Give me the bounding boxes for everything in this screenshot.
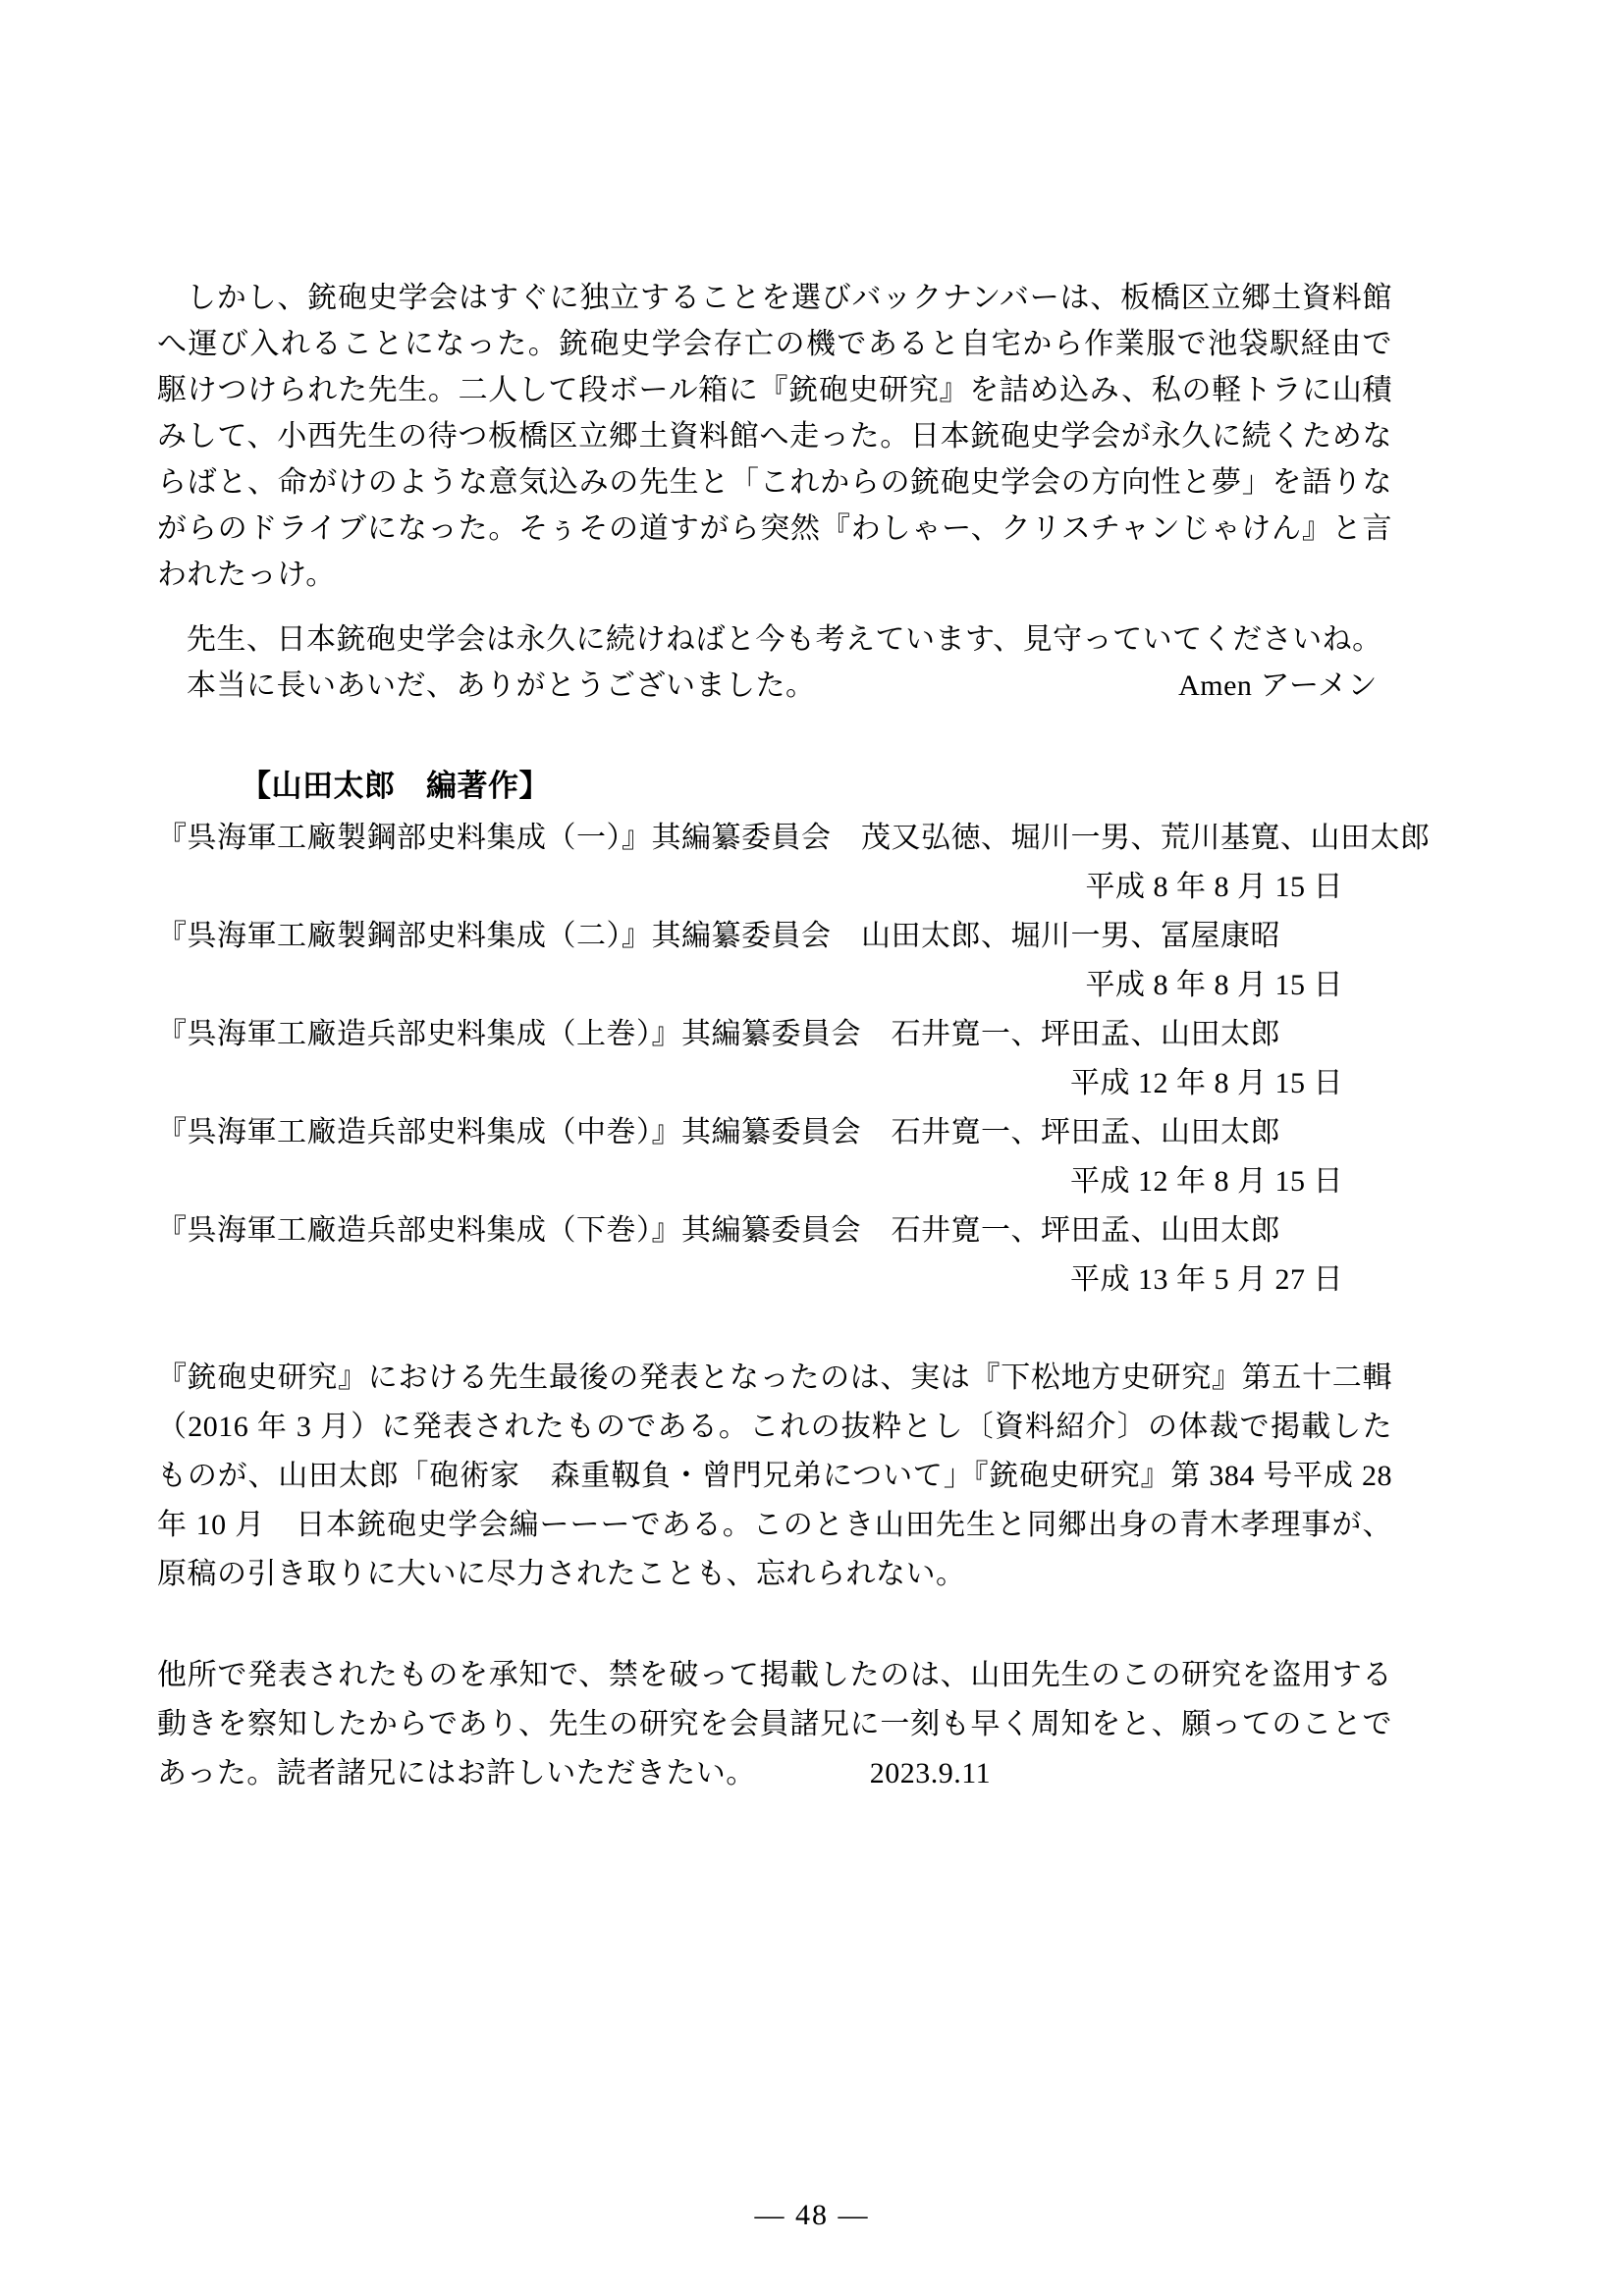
paragraph-line: がらのドライブになった。そぅその道すがら突然『わしゃー、クリスチャンじゃけん』と… — [157, 506, 1392, 552]
paragraph-line: 年 10 月 日本銃砲史学会編ーーーである。このとき山田先生と同郷出身の青木孝理… — [157, 1501, 1392, 1550]
paragraph-line: らばと、命がけのような意気込みの先生と「これからの銃砲史学会の方向性と夢」を語り… — [157, 459, 1392, 506]
paragraph-line: 先生、日本銃砲史学会は永久に続けねばと今も考えています、見守っていてくださいね。 — [157, 616, 1392, 663]
written-date: 2023.9.11 — [870, 1757, 991, 1789]
paragraph-line: みして、小西先生の待つ板橋区立郷土資料館へ走った。日本銃砲史学会が永久に続くため… — [157, 413, 1392, 459]
paragraph-line: 原稿の引き取りに大いに尽力されたことも、忘れられない。 — [157, 1550, 1392, 1599]
closing-text: あった。読者諸兄にはお許しいただきたい。 — [157, 1757, 756, 1789]
work-date-line: 平成 8 年 8 月 15 日 — [157, 961, 1392, 1010]
paragraph-line: しかし、銃砲史学会はすぐに独立することを選びバックナンバーは、板橋区立郷土資料館 — [157, 275, 1392, 321]
paragraph-line: あった。読者諸兄にはお許しいただきたい。 2023.9.11 — [157, 1749, 1392, 1798]
work-title-line: 『呉海軍工廠造兵部史料集成（上巻）』其編纂委員会 石井寛一、坪田孟、山田太郎 — [157, 1010, 1392, 1059]
paragraph-1: しかし、銃砲史学会はすぐに独立することを選びバックナンバーは、板橋区立郷土資料館… — [157, 275, 1392, 598]
work-title-line: 『呉海軍工廠造兵部史料集成（下巻）』其編纂委員会 石井寛一、坪田孟、山田太郎 — [157, 1206, 1392, 1255]
paragraph-3: 『銃砲史研究』における先生最後の発表となったのは、実は『下松地方史研究』第五十二… — [157, 1354, 1392, 1599]
paragraph-line: 他所で発表されたものを承知で、禁を破って掲載したのは、山田先生のこの研究を盗用す… — [157, 1651, 1392, 1700]
paragraph-line: （2016 年 3 月）に発表されたものである。これの抜粋とし〔資料紹介〕の体裁… — [157, 1403, 1392, 1452]
paragraph-line: 本当に長いあいだ、ありがとうございました。 Amen アーメン — [157, 663, 1392, 709]
thanks-text: 本当に長いあいだ、ありがとうございました。 — [157, 663, 816, 709]
work-date-line: 平成 12 年 8 月 15 日 — [157, 1059, 1392, 1108]
paragraph-line: われたっけ。 — [157, 552, 1392, 598]
amen-text: Amen アーメン — [1149, 663, 1378, 709]
work-title-line: 『呉海軍工廠製鋼部史料集成（一）』其編纂委員会 茂又弘徳、堀川一男、荒川基寛、山… — [157, 814, 1392, 863]
page-number: ― 48 ― — [0, 2199, 1624, 2232]
paragraph-line: ものが、山田太郎「砲術家 森重靱負・曾門兄弟について」『銃砲史研究』第 384 … — [157, 1452, 1392, 1501]
page-body: しかし、銃砲史学会はすぐに独立することを選びバックナンバーは、板橋区立郷土資料館… — [157, 275, 1392, 1798]
paragraph-2: 先生、日本銃砲史学会は永久に続けねばと今も考えています、見守っていてくださいね。… — [157, 616, 1392, 709]
work-date-line: 平成 12 年 8 月 15 日 — [157, 1157, 1392, 1206]
work-title-line: 『呉海軍工廠造兵部史料集成（中巻）』其編纂委員会 石井寛一、坪田孟、山田太郎 — [157, 1108, 1392, 1157]
paragraph-line: 動きを察知したからであり、先生の研究を会員諸兄に一刻も早く周知をと、願ってのこと… — [157, 1700, 1392, 1749]
paragraph-4: 他所で発表されたものを承知で、禁を破って掲載したのは、山田先生のこの研究を盗用す… — [157, 1651, 1392, 1798]
document-page: しかし、銃砲史学会はすぐに独立することを選びバックナンバーは、板橋区立郷土資料館… — [0, 0, 1624, 2296]
works-list: 『呉海軍工廠製鋼部史料集成（一）』其編纂委員会 茂又弘徳、堀川一男、荒川基寛、山… — [157, 814, 1392, 1305]
work-title-line: 『呉海軍工廠製鋼部史料集成（二）』其編纂委員会 山田太郎、堀川一男、冨屋康昭 — [157, 912, 1392, 961]
paragraph-line: へ運び入れることになった。銃砲史学会存亡の機であると自宅から作業服で池袋駅経由で — [157, 321, 1392, 367]
work-date-line: 平成 13 年 5 月 27 日 — [157, 1255, 1392, 1305]
work-date-line: 平成 8 年 8 月 15 日 — [157, 863, 1392, 912]
paragraph-line: 駆けつけられた先生。二人して段ボール箱に『銃砲史研究』を詰め込み、私の軽トラに山… — [157, 367, 1392, 413]
paragraph-line: 『銃砲史研究』における先生最後の発表となったのは、実は『下松地方史研究』第五十二… — [157, 1354, 1392, 1403]
section-heading: 【山田太郎 編著作】 — [241, 763, 1392, 809]
